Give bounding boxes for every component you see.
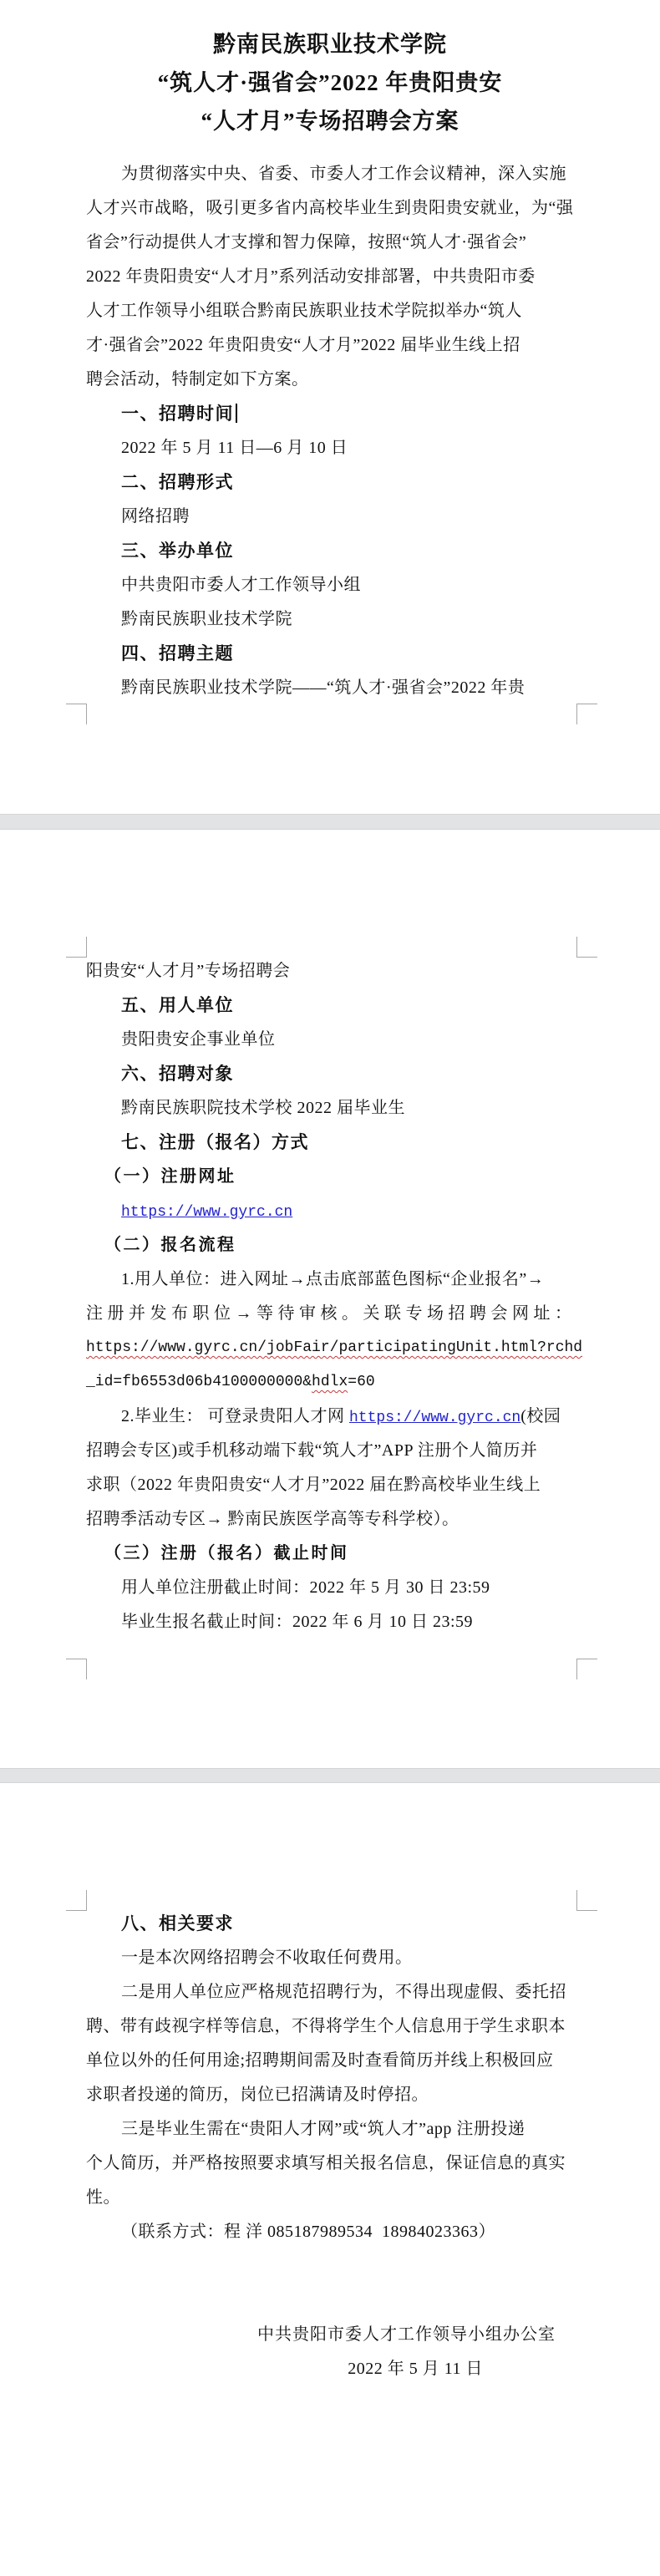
page-break bbox=[0, 1768, 660, 1783]
section-heading: 六、招聘对象 bbox=[86, 1057, 576, 1091]
section-heading: 八、相关要求 bbox=[86, 1907, 576, 1941]
page-3: 八、相关要求 一是本次网络招聘会不收取任何费用。 二是用人单位应严格规范招聘行为… bbox=[0, 1783, 660, 2576]
section-heading-text: 一、招聘时间 bbox=[121, 404, 234, 424]
doc-text: 2.毕业生： 可登录贵阳人才网 bbox=[121, 1407, 349, 1425]
title-line: “筑人才·强省会”2022 年贵阳贵安 bbox=[0, 64, 660, 102]
doc-line: 聘、带有歧视字样等信息，不得将学生个人信息用于学生求职本 bbox=[86, 2009, 576, 2044]
text-cursor bbox=[236, 404, 237, 423]
sub-heading: （二）报名流程 bbox=[86, 1228, 576, 1263]
page-3-body: 八、相关要求 一是本次网络招聘会不收取任何费用。 二是用人单位应严格规范招聘行为… bbox=[0, 1783, 576, 2386]
section-heading: 三、举办单位 bbox=[86, 534, 576, 568]
url-text: https://www.gyrc.cn/jobFair/participatin… bbox=[86, 1331, 576, 1365]
section-heading: 二、招聘形式 bbox=[86, 465, 576, 500]
doc-line: 才·强省会”2022 年贵阳贵安“人才月”2022 届毕业生线上招 bbox=[86, 328, 576, 363]
doc-line: https://www.gyrc.cn bbox=[86, 1194, 576, 1228]
sub-heading: （三）注册（报名）截止时间 bbox=[86, 1537, 576, 1571]
margin-mark-bottom-left-p2 bbox=[66, 1659, 87, 1679]
doc-line: 为贯彻落实中央、省委、市委人才工作会议精神，深入实施 bbox=[86, 157, 576, 191]
hyperlink[interactable]: https://www.gyrc.cn bbox=[121, 1204, 292, 1221]
title-line: “人才月”专场招聘会方案 bbox=[0, 102, 660, 140]
doc-line: 中共贵阳市委人才工作领导小组 bbox=[86, 568, 576, 602]
doc-line: 招聘季活动专区→ 黔南民族医学高等专科学校）。 bbox=[86, 1502, 576, 1537]
url-text: _id=fb6553d06b4100000000&hdlx=60 bbox=[86, 1365, 576, 1400]
doc-line: 贵阳贵安企事业单位 bbox=[86, 1023, 576, 1057]
doc-line: 单位以外的任何用途;招聘期间需及时查看简历并线上积极回应 bbox=[86, 2044, 576, 2078]
title-line: 黔南民族职业技术学院 bbox=[0, 25, 660, 64]
doc-line: 招聘会专区)或手机移动端下载“筑人才”APP 注册个人简历并 bbox=[86, 1434, 576, 1468]
section-heading: 一、招聘时间 bbox=[86, 397, 576, 431]
margin-mark-top-right-p2 bbox=[576, 937, 597, 958]
signature-date: 2022 年 5 月 11 日 bbox=[86, 2352, 576, 2386]
doc-line: 用人单位注册截止时间：2022 年 5 月 30 日 23:59 bbox=[86, 1571, 576, 1605]
doc-line: 三是毕业生需在“贵阳人才网”或“筑人才”app 注册投递 bbox=[86, 2112, 576, 2147]
page-1-body: 为贯彻落实中央、省委、市委人才工作会议精神，深入实施 人才兴市战略，吸引更多省内… bbox=[0, 157, 576, 705]
margin-mark-bottom-right-p1 bbox=[576, 704, 597, 724]
doc-line: 一是本次网络招聘会不收取任何费用。 bbox=[86, 1941, 576, 1975]
section-heading: 七、注册（报名）方式 bbox=[86, 1125, 576, 1160]
doc-line: 求职（2022 年贵阳贵安“人才月”2022 届在黔高校毕业生线上 bbox=[86, 1468, 576, 1502]
doc-line: 二是用人单位应严格规范招聘行为，不得出现虚假、委托招 bbox=[86, 1975, 576, 2009]
doc-line: 人才兴市战略，吸引更多省内高校毕业生到贵阳贵安就业，为“强 bbox=[86, 191, 576, 226]
misspelled-fragment: hdlx bbox=[312, 1374, 348, 1390]
doc-line: 注册并发布职位→等待审核。关联专场招聘会网址： bbox=[86, 1297, 576, 1331]
url-fragment: _id=fb6553d06b4100000000& bbox=[86, 1374, 312, 1390]
section-heading: 四、招聘主题 bbox=[86, 637, 576, 671]
document-canvas: 黔南民族职业技术学院 “筑人才·强省会”2022 年贵阳贵安 “人才月”专场招聘… bbox=[0, 0, 660, 2576]
doc-line: 省会”行动提供人才支撑和智力保障，按照“筑人才·强省会” bbox=[86, 226, 576, 260]
margin-mark-top-left-p3 bbox=[66, 1890, 87, 1911]
page-2: 阳贵安“人才月”专场招聘会 五、用人单位 贵阳贵安企事业单位 六、招聘对象 黔南… bbox=[0, 830, 660, 1768]
doc-line: 1.用人单位：进入网址→点击底部蓝色图标“企业报名”→ bbox=[86, 1263, 576, 1297]
doc-line: 人才工作领导小组联合黔南民族职业技术学院拟举办“筑人 bbox=[86, 294, 576, 328]
doc-line: 2022 年 5 月 11 日—6 月 10 日 bbox=[86, 431, 576, 465]
document-title: 黔南民族职业技术学院 “筑人才·强省会”2022 年贵阳贵安 “人才月”专场招聘… bbox=[0, 25, 660, 140]
margin-mark-bottom-left-p1 bbox=[66, 704, 87, 724]
contact-line: （联系方式：程 洋 085187989534 18984023363） bbox=[86, 2215, 576, 2249]
page-break bbox=[0, 814, 660, 830]
doc-line: 2022 年贵阳贵安“人才月”系列活动安排部署，中共贵阳市委 bbox=[86, 260, 576, 294]
doc-text: (校园 bbox=[520, 1407, 561, 1425]
doc-line: 黔南民族职业技术学院——“筑人才·强省会”2022 年贵 bbox=[86, 671, 576, 705]
doc-line: 阳贵安“人才月”专场招聘会 bbox=[86, 954, 576, 988]
hyperlink[interactable]: https://www.gyrc.cn bbox=[349, 1410, 520, 1426]
doc-line: 黔南民族职业技术学院 bbox=[86, 602, 576, 637]
sub-heading: （一）注册网址 bbox=[86, 1160, 576, 1194]
margin-mark-bottom-right-p2 bbox=[576, 1659, 597, 1679]
doc-line: 求职者投递的简历，岗位已招满请及时停招。 bbox=[86, 2078, 576, 2112]
doc-line: 2.毕业生： 可登录贵阳人才网 https://www.gyrc.cn(校园 bbox=[86, 1400, 576, 1434]
signature-line: 中共贵阳市委人才工作领导小组办公室 bbox=[86, 2318, 576, 2352]
doc-line: 黔南民族职院技术学校 2022 届毕业生 bbox=[86, 1091, 576, 1125]
doc-line: 网络招聘 bbox=[86, 500, 576, 534]
url-fragment: =60 bbox=[348, 1374, 374, 1390]
section-heading: 五、用人单位 bbox=[86, 988, 576, 1023]
doc-line: 个人简历，并严格按照要求填写相关报名信息，保证信息的真实 bbox=[86, 2147, 576, 2181]
doc-line: 毕业生报名截止时间：2022 年 6 月 10 日 23:59 bbox=[86, 1605, 576, 1639]
doc-line: 聘会活动，特制定如下方案。 bbox=[86, 363, 576, 397]
page-1: 黔南民族职业技术学院 “筑人才·强省会”2022 年贵阳贵安 “人才月”专场招聘… bbox=[0, 0, 660, 814]
margin-mark-top-right-p3 bbox=[576, 1890, 597, 1911]
doc-line: 性。 bbox=[86, 2181, 576, 2215]
margin-mark-top-left-p2 bbox=[66, 937, 87, 958]
